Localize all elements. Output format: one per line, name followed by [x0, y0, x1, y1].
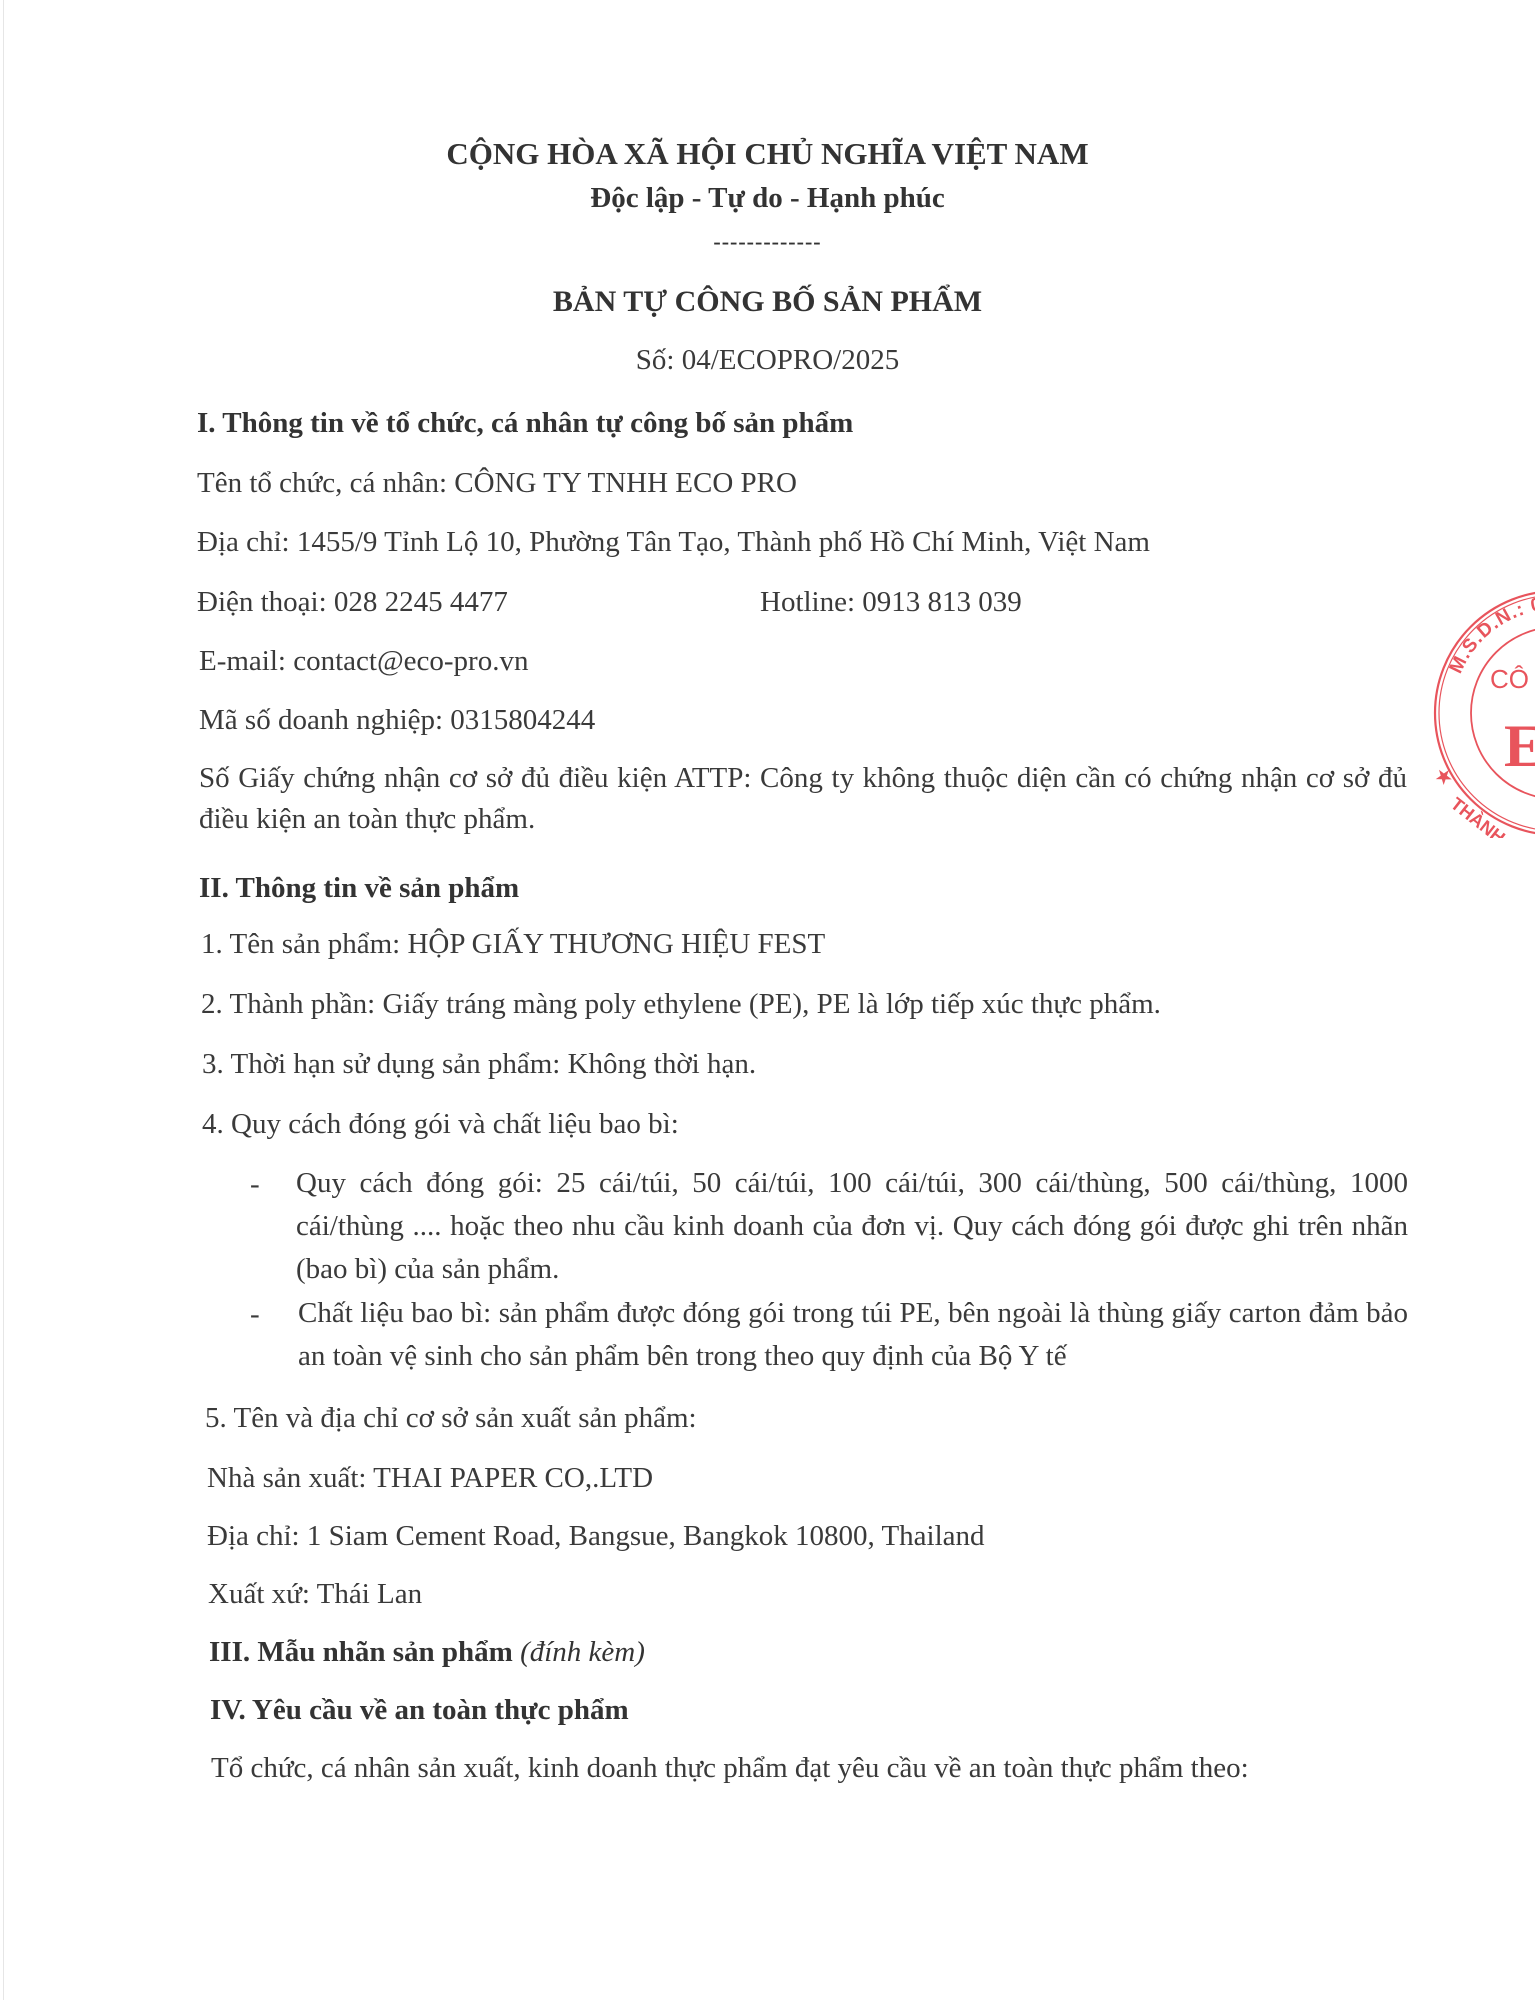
food-safety-cert: Số Giấy chứng nhận cơ sở đủ điều kiện AT… [199, 758, 1407, 840]
stamp-inner-text: CÔ [1490, 664, 1529, 694]
manufacturer-heading: 5. Tên và địa chỉ cơ sở sản xuất sản phẩ… [205, 1400, 697, 1436]
document-page: CỘNG HÒA XÃ HỘI CHỦ NGHĨA VIỆT NAM Độc l… [0, 0, 1535, 2000]
stamp-bottom-text: THÀNH [1447, 793, 1510, 838]
product-origin: Xuất xứ: Thái Lan [208, 1576, 422, 1612]
manufacturer-name: Nhà sản xuất: THAI PAPER CO,.LTD [207, 1460, 653, 1496]
stamp-center-letter: E [1504, 713, 1535, 779]
packaging-material: Chất liệu bao bì: sản phẩm được đóng gói… [298, 1292, 1408, 1378]
product-name: 1. Tên sản phẩm: HỘP GIẤY THƯƠNG HIỆU FE… [201, 926, 825, 962]
section3-note: (đính kèm) [520, 1636, 645, 1668]
document-number: Số: 04/ECOPRO/2025 [0, 342, 1535, 378]
product-shelf-life: 3. Thời hạn sử dụng sản phẩm: Không thời… [202, 1046, 756, 1082]
bullet-dash: - [250, 1296, 260, 1332]
section4-text: Tổ chức, cá nhân sản xuất, kinh doanh th… [211, 1750, 1249, 1786]
document-title: BẢN TỰ CÔNG BỐ SẢN PHẨM [0, 284, 1535, 320]
packaging-spec: Quy cách đóng gói: 25 cái/túi, 50 cái/tú… [296, 1162, 1408, 1291]
header-divider: ------------- [0, 224, 1535, 260]
section4-heading: IV. Yêu cầu về an toàn thực phẩm [210, 1692, 629, 1728]
section2-heading: II. Thông tin về sản phẩm [199, 870, 519, 906]
stamp-star: ★ [1432, 763, 1457, 789]
org-hotline: Hotline: 0913 813 039 [760, 584, 1022, 620]
company-stamp: M.S.D.N.: 0315804 ★ THÀNH CÔ E [1432, 588, 1535, 838]
section1-heading: I. Thông tin về tổ chức, cá nhân tự công… [197, 405, 853, 441]
product-composition: 2. Thành phần: Giấy tráng màng poly ethy… [201, 986, 1161, 1022]
org-phone: Điện thoại: 028 2245 4477 [197, 584, 508, 620]
org-email: E-mail: contact@eco-pro.vn [199, 643, 528, 679]
org-name: Tên tổ chức, cá nhân: CÔNG TY TNHH ECO P… [197, 465, 797, 501]
section3-heading-text: III. Mẫu nhãn sản phẩm [209, 1636, 513, 1668]
national-title: CỘNG HÒA XÃ HỘI CHỦ NGHĨA VIỆT NAM [0, 136, 1535, 172]
org-address: Địa chỉ: 1455/9 Tỉnh Lộ 10, Phường Tân T… [197, 524, 1150, 560]
national-motto: Độc lập - Tự do - Hạnh phúc [0, 180, 1535, 216]
section3-heading: III. Mẫu nhãn sản phẩm (đính kèm) [209, 1634, 645, 1670]
business-code: Mã số doanh nghiệp: 0315804244 [199, 702, 595, 738]
bullet-dash: - [250, 1166, 260, 1202]
manufacturer-address: Địa chỉ: 1 Siam Cement Road, Bangsue, Ba… [207, 1518, 985, 1554]
packaging-heading: 4. Quy cách đóng gói và chất liệu bao bì… [202, 1106, 679, 1142]
